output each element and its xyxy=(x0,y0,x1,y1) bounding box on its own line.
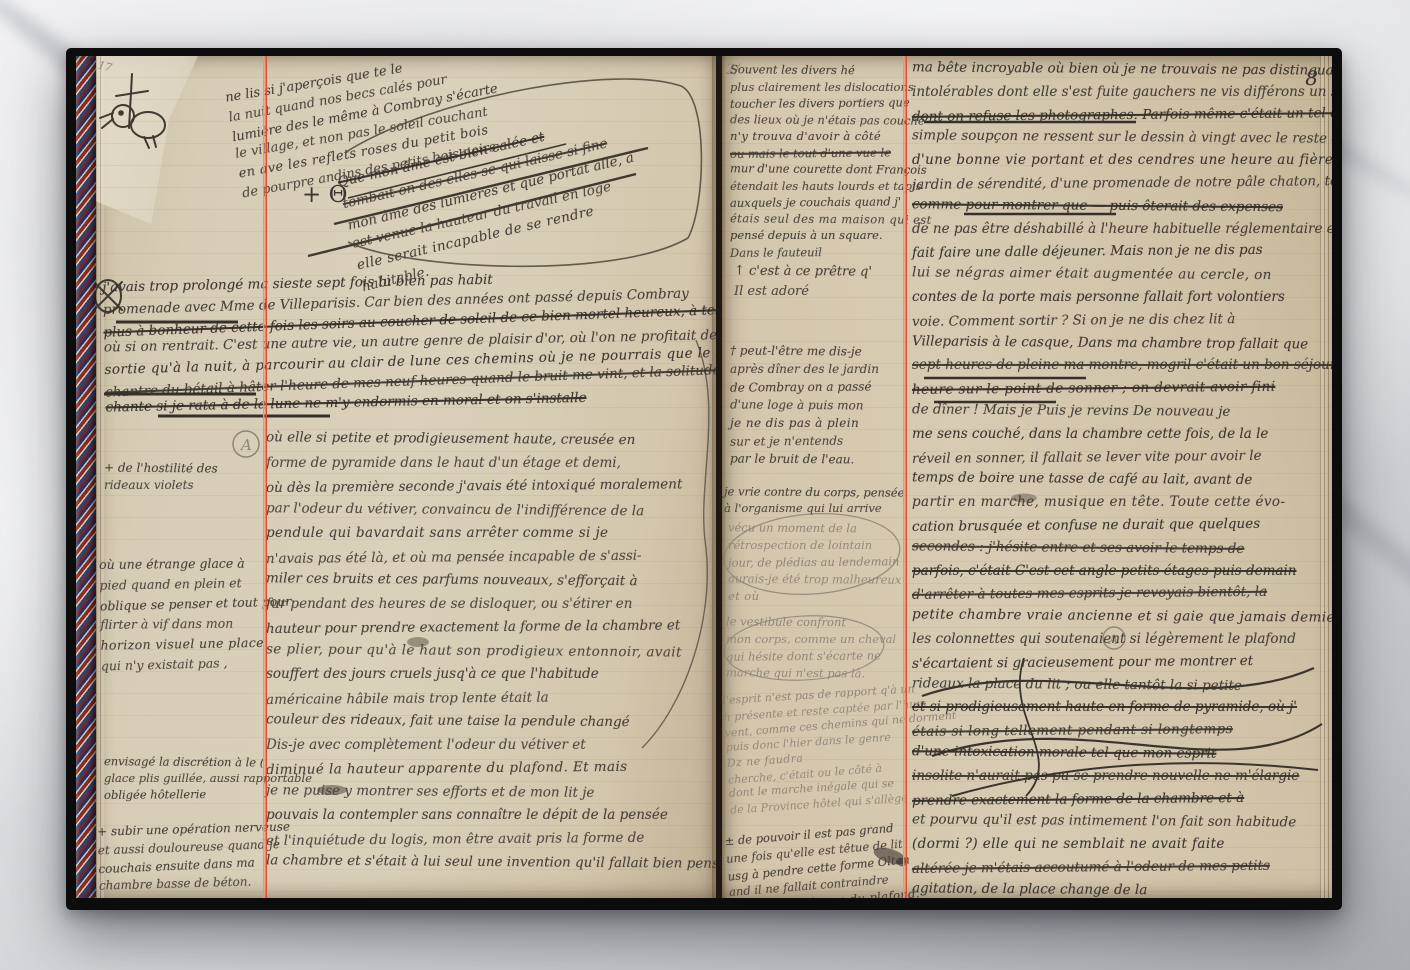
handwriting-line: partir en marche, musique en tête. Toute… xyxy=(912,491,1332,514)
handwriting-line: n'y trouva d'avoir à côté xyxy=(730,128,932,145)
handwriting-line: petite chambre vraie ancienne et si gaie… xyxy=(912,603,1332,629)
handwriting-line: ma bête incroyable où bien où je ne trou… xyxy=(912,56,1332,82)
handwriting-line: je vrie contre du corps, pensée xyxy=(724,483,905,500)
handwriting-line: mur d'une courette dont François xyxy=(730,160,932,178)
handwriting-line: me sens couché, dans la chambre cette fo… xyxy=(912,423,1332,446)
handwriting-line: rideaux violets xyxy=(104,477,218,494)
handwriting-line: miler ces bruits et ces parfums nouveaux… xyxy=(266,567,716,594)
cross-doodle xyxy=(116,74,148,128)
handwriting-line: jardin de sérendité, d'une promenade de … xyxy=(912,170,1332,197)
handwriting-line: forme de pyramide dans le haut d'un étag… xyxy=(266,452,716,476)
handwriting-line: de dîner ! Mais je Puis je revins De nou… xyxy=(912,398,1332,424)
notebook-frame: 17 + Θ ne lis si j'aperçois que te lela … xyxy=(66,48,1342,910)
handwriting-line: glace plis guillée, aussi rapportable xyxy=(104,770,312,786)
handwriting-line: Souvent les divers hé xyxy=(730,61,932,79)
bird-doodle xyxy=(100,105,165,148)
handwriting-line: couleur des rideaux, fait une taise la p… xyxy=(266,708,716,735)
handwriting-line: (dormi ?) elle qui ne semblait ne avait … xyxy=(912,833,1332,856)
handwriting-line: Il est adoré xyxy=(734,282,872,302)
handwriting-line: étais si long tellement pendant si longt… xyxy=(912,717,1332,744)
handwriting-line: contes de la porte mais personne fallait… xyxy=(912,286,1332,309)
handwriting-block: ma bête incroyable où bien où je ne trou… xyxy=(912,58,1332,898)
handwriting-line: altérée je m'étais accoutumé à l'odeur d… xyxy=(912,854,1332,881)
handwriting-line: secondes : j'hésite entre et ses avoir l… xyxy=(912,535,1332,561)
handwriting-line: † peut-l'être me dis-je xyxy=(730,341,879,360)
handwriting-line: temps de boire une tasse de café au lait… xyxy=(912,467,1332,493)
handwriting-line: je ne dis pas à plein xyxy=(730,414,879,432)
handwriting-line: intolérables dont elle s'est fuite gauch… xyxy=(912,81,1332,104)
handwriting-line: d'une intoxication morale tel que mon es… xyxy=(912,740,1332,766)
handwriting-line: sur et je n'entends xyxy=(730,431,879,450)
handwriting-line: diminué la hauteur apparente du plafond.… xyxy=(266,755,716,782)
handwriting-line: le vestibule confront xyxy=(726,613,896,631)
margin-note-pencil: vécu un moment de larétrospection de loi… xyxy=(728,520,901,605)
handwriting-line: lui se négras aimer était augmentée au c… xyxy=(912,261,1332,287)
handwriting-line: Villeparisis à le casque, Dans ma chambr… xyxy=(912,330,1332,356)
margin-note: où une étrange glace àpied quand en plei… xyxy=(99,552,293,675)
handwriting-line: de ne pas être déshabillé à l'heure habi… xyxy=(912,218,1332,241)
handwriting-line: je ne puise y montrer ses efforts et de … xyxy=(266,779,716,806)
margin-note: ± de pouvoir il est pas grandune fois qu… xyxy=(724,817,921,898)
handwriting-line: des lieux où je n'étais pas couché xyxy=(730,111,932,129)
handwriting-line: insolite n'aurait pas pu se prendre nouv… xyxy=(912,765,1332,788)
margin-note-pencil: le vestibule confrontmon corps, comme un… xyxy=(726,614,896,682)
handwriting-line: ↑ c'est à ce prêtre q' xyxy=(734,261,872,282)
handwriting-line: marche qui n'est pas là. xyxy=(726,664,896,682)
handwriting-line: aurais-je été trop malheureux xyxy=(728,570,901,588)
handwriting-line: à l'organisme qui lui arrive xyxy=(724,500,904,516)
handwriting-line: étais seul des ma maison qui est xyxy=(730,210,932,228)
handwriting-line: étendait les hauts lourds et tapis xyxy=(730,178,932,195)
margin-note: + de l'hostilité desrideaux violets xyxy=(104,460,218,494)
handwriting-line: comme pour montrer que — puis ôterait de… xyxy=(912,193,1332,219)
circled-annotation-A: A xyxy=(233,431,259,457)
handwriting-line: qui hésite dont s'écarte ne xyxy=(726,647,896,665)
handwriting-line: envisagé la discrétion à le ( xyxy=(104,753,312,771)
handwriting-line: d'une bonne vie portant et des cendres u… xyxy=(912,149,1332,172)
handwriting-line: où une étrange glace à xyxy=(99,553,291,575)
marbled-binding-edge xyxy=(76,56,96,898)
handwriting-line: mon corps, comme un cheval xyxy=(726,631,896,648)
margin-note: envisagé la discrétion à le (glace plis … xyxy=(104,754,312,802)
handwriting-line: par l'odeur du vétiver, convaincu de l'i… xyxy=(266,497,716,524)
handwriting-line: les colonnettes qui soutenaient si légèr… xyxy=(912,628,1332,651)
corner-pencil-mark: 17 xyxy=(97,58,114,74)
margin-note: ↑ c'est à ce prêtre q'Il est adoré xyxy=(734,262,872,302)
handwriting-line: chambre basse de béton. xyxy=(99,871,292,894)
handwriting-line: pouvais la contempler sans connaître le … xyxy=(266,804,716,828)
handwriting-line: ou mais le tout d'une vue le xyxy=(730,144,932,162)
handwriting-line: plus clairement les dislocations xyxy=(730,79,932,96)
handwriting-line: flirter à vif dans mon xyxy=(100,613,292,635)
handwriting-line: jour, de plédias au lendemain xyxy=(728,553,901,572)
handwriting-line: la chambre et s'était à lui seul une inv… xyxy=(266,849,716,876)
right-page: 8 Souvent les divers héplus clairement l… xyxy=(722,56,1332,898)
handwriting-line: s'écartaient si gracieusement pour me mo… xyxy=(912,649,1332,676)
handwriting-block: où elle si petite et prodigieusement hau… xyxy=(266,428,716,875)
handwriting-line: rideaux la place du lit ; ou elle tantôt… xyxy=(912,672,1332,698)
handwriting-line: pendule qui bavardait sans arrêter comme… xyxy=(266,522,716,546)
handwriting-block: j'avais trop prolongé ma sieste sept foi… xyxy=(102,263,716,420)
handwriting-line: par le bruit de l'eau. xyxy=(730,449,879,468)
handwriting-line: où dès la première seconde j'avais été i… xyxy=(266,473,716,500)
handwriting-line: se plier, pour qu'à le haut son prodigie… xyxy=(266,638,716,665)
marble-background: 17 + Θ ne lis si j'aperçois que te lela … xyxy=(0,0,1410,970)
handwriting-line: voie. Comment sortir ? Si on je ne dis c… xyxy=(912,307,1332,334)
handwriting-line: hauteur pour prendre exactement la forme… xyxy=(266,614,716,641)
margin-note: je vrie contre du corps, penséeà l'organ… xyxy=(724,484,904,516)
handwriting-line: toucher les divers portiers que xyxy=(730,94,932,112)
handwriting-line: obligée hôtellerie xyxy=(104,785,312,803)
handwriting-line: cation brusquée et confuse ne durait que… xyxy=(912,512,1332,539)
margin-note: † peut-l'être me dis-jeaprès dîner des l… xyxy=(730,342,879,468)
margin-note: Souvent les divers héplus clairement les… xyxy=(730,62,932,260)
handwriting-line: après dîner des le jardin xyxy=(730,360,879,378)
handwriting-line: parfois, c'était C'est cet angle petits … xyxy=(912,560,1332,583)
handwriting-line: agitation, de la place change de la xyxy=(912,877,1332,898)
handwriting-line: d'une loge à puis mon xyxy=(730,395,879,414)
handwriting-line: + de l'hostilité des xyxy=(104,460,218,478)
handwriting-line: souffert des jours cruels jusq'à ce que … xyxy=(266,663,716,687)
handwriting-line: auxquels je couchais quand j' xyxy=(730,193,932,211)
handwriting-line: Dans le fauteuil xyxy=(730,243,932,261)
handwriting-line: simple soupçon ne ressent sur le dessin … xyxy=(912,125,1332,151)
handwriting-line: de Combray on a passé xyxy=(730,377,879,396)
handwriting-line: sept heures de pleine ma montre, mogril … xyxy=(912,354,1332,377)
handwriting-line: rétrospection de lointain xyxy=(728,537,901,554)
handwriting-line: pensé depuis à un square. xyxy=(730,227,932,244)
left-page: 17 + Θ ne lis si j'aperçois que te lela … xyxy=(96,56,716,898)
handwriting-line: qui n'y existait pas , xyxy=(101,651,293,676)
handwriting-line: vécu un moment de la xyxy=(728,519,901,537)
handwriting-line: et si prodigieusement haute en forme de … xyxy=(912,696,1332,719)
margin-note: + subir une opération nerveuseet aussi d… xyxy=(97,817,292,896)
handwriting-line: fur pendant des heures de se disloquer, … xyxy=(266,593,716,617)
open-notebook: 17 + Θ ne lis si j'aperçois que te lela … xyxy=(76,56,1332,898)
svg-text:A: A xyxy=(239,436,252,454)
handwriting-line: Dis-je avec complètement l'odeur du véti… xyxy=(266,734,716,758)
handwriting-line: et où xyxy=(728,588,901,605)
torn-paper-patch xyxy=(96,56,198,224)
handwriting-line: où elle si petite et prodigieusement hau… xyxy=(266,426,716,453)
handwriting-line: et pourvu qu'il est pas intimement l'on … xyxy=(912,809,1332,835)
page-edge-stack xyxy=(96,56,104,898)
